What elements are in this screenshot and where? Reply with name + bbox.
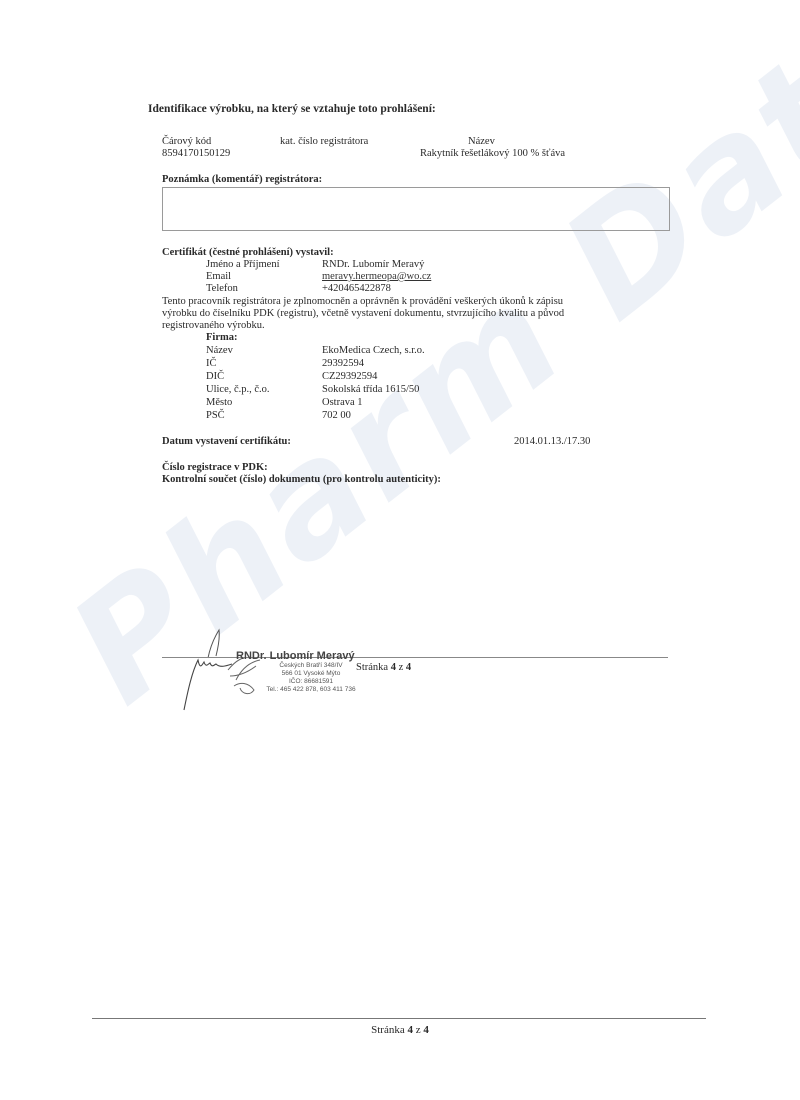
- catalog-label: kat. číslo registrátora: [280, 135, 368, 148]
- stamp-ico-line: IČO: 86681591: [236, 678, 386, 686]
- company-name-label: Název: [206, 344, 233, 357]
- issue-date-value: 2014.01.13./17.30: [514, 435, 590, 448]
- company-city-value: Ostrava 1: [322, 396, 363, 409]
- page-footer-rule: [92, 1018, 706, 1019]
- inner-page-number: Stránka 4 z 4: [356, 661, 411, 674]
- company-heading: Firma:: [206, 331, 238, 344]
- company-ic-value: 29392594: [322, 357, 364, 370]
- footer-page-total: 4: [423, 1024, 429, 1036]
- product-name-value: Rakytník řešetlákový 100 % šťáva: [420, 147, 565, 160]
- company-zip-value: 702 00: [322, 409, 351, 422]
- phone-label: Telefon: [206, 282, 238, 295]
- footer-page-prefix: Stránka: [371, 1024, 407, 1036]
- stamp-phone-line: Tel.: 465 422 878, 603 411 736: [236, 686, 386, 694]
- watermark: Pharm Data s.r.o.: [0, 0, 800, 1100]
- page-footer-number: Stránka 4 z 4: [0, 1024, 800, 1037]
- barcode-value: 8594170150129: [162, 147, 230, 160]
- company-dic-label: DIČ: [206, 370, 224, 383]
- company-name-value: EkoMedica Czech, s.r.o.: [322, 344, 425, 357]
- note-box: [162, 187, 670, 231]
- note-heading: Poznámka (komentář) registrátora:: [162, 173, 322, 186]
- identification-heading: Identifikace výrobku, na který se vztahu…: [148, 103, 436, 116]
- inner-page-sep: z: [396, 662, 406, 673]
- inner-page-prefix: Stránka: [356, 662, 391, 673]
- inner-page-total: 4: [406, 662, 411, 673]
- company-street-value: Sokolská třída 1615/50: [322, 383, 419, 396]
- company-ic-label: IČ: [206, 357, 217, 370]
- checksum-label: Kontrolní součet (číslo) dokumentu (pro …: [162, 473, 441, 486]
- company-street-label: Ulice, č.p., č.o.: [206, 383, 270, 396]
- company-zip-label: PSČ: [206, 409, 225, 422]
- phone-value: +420465422878: [322, 282, 391, 295]
- footer-page-sep: z: [413, 1024, 423, 1036]
- company-city-label: Město: [206, 396, 232, 409]
- issue-date-label: Datum vystavení certifikátu:: [162, 435, 291, 448]
- company-dic-value: CZ29392594: [322, 370, 377, 383]
